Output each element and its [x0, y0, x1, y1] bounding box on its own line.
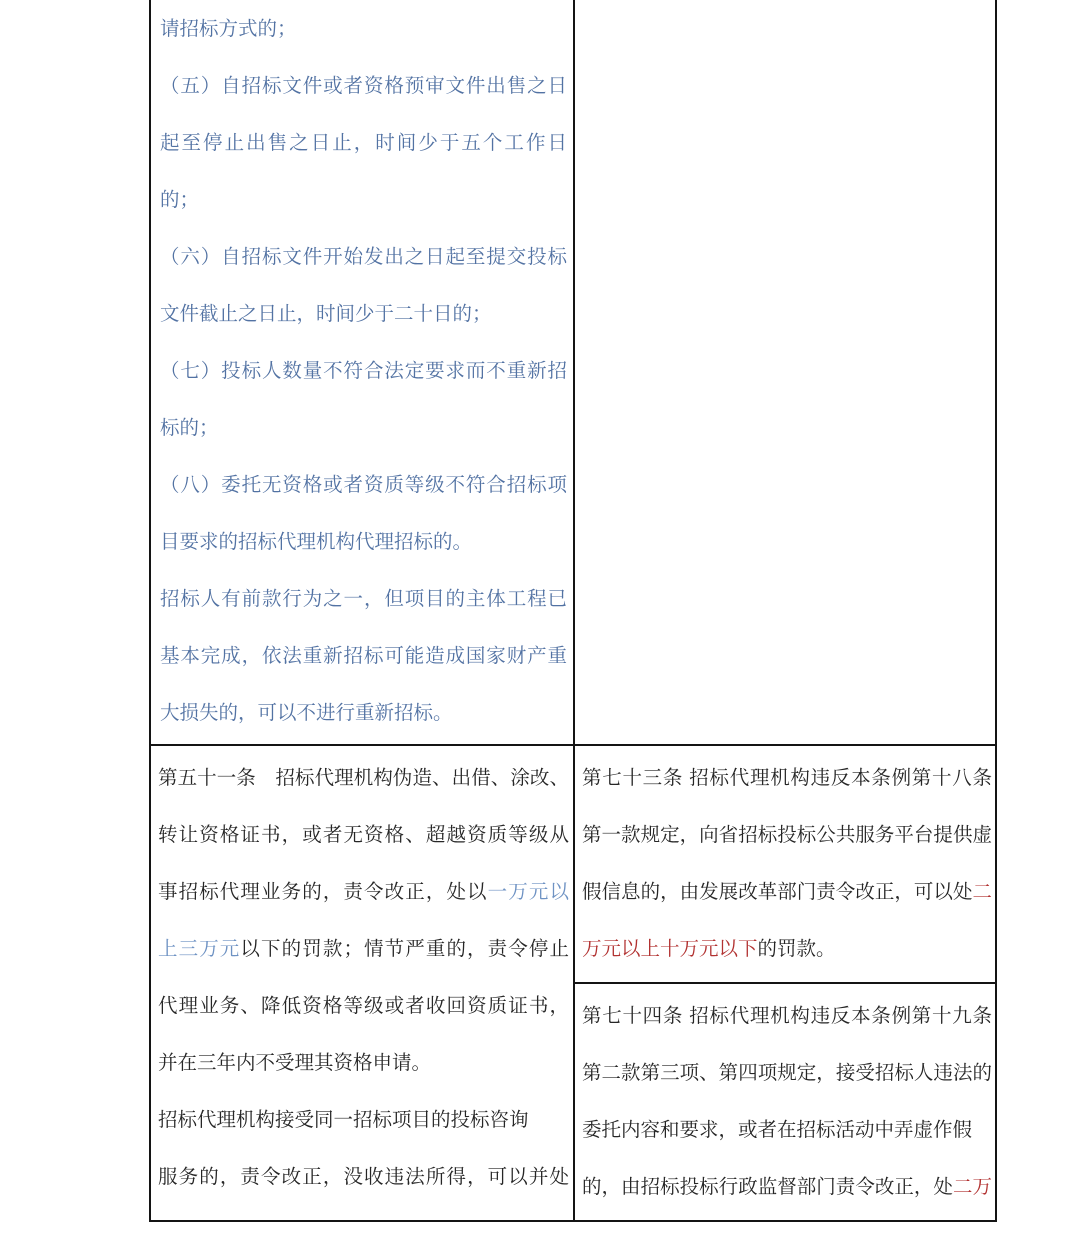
- text-line: 上三万元以下的罚款；情节严重的，责令停止: [158, 921, 569, 978]
- text-line: 基本完成，依法重新招标可能造成国家财产重: [160, 628, 567, 685]
- red-highlight: 二: [972, 881, 992, 903]
- text-line: 起至停止出售之日止，时间少于五个工作日: [160, 115, 567, 172]
- cell-clause-51: 第五十一条 招标代理机构伪造、出借、涂改、 转让资格证书，或者无资格、超越资质等…: [151, 744, 573, 1220]
- text-line: 目要求的招标代理机构代理招标的。: [160, 514, 567, 571]
- red-highlight: 二万: [953, 1176, 992, 1198]
- text-line: 第七十三条 招标代理机构违反本条例第十八条: [582, 750, 992, 807]
- text-line: 的，由招标投标行政监督部门责令改正，处二万: [582, 1159, 992, 1216]
- text-line: 万元以上十万元以下的罚款。: [582, 921, 992, 978]
- cell-empty: [575, 0, 995, 744]
- text-line: 第二款第三项、第四项规定，接受招标人违法的: [582, 1045, 992, 1102]
- text-line: 转让资格证书，或者无资格、超越资质等级从: [158, 807, 569, 864]
- text-line: 第五十一条 招标代理机构伪造、出借、涂改、: [158, 750, 569, 807]
- text-line: （七）投标人数量不符合法定要求而不重新招: [160, 343, 567, 400]
- text-segment: 第二款第三项、第四项规定，接受招标人违法的: [582, 1062, 992, 1084]
- text-segment: 的，由招标投标行政监督部门责令改正，处: [582, 1176, 953, 1198]
- text-line: 大损失的，可以不进行重新招标。: [160, 685, 567, 742]
- text-line: （八）委托无资格或者资质等级不符合招标项: [160, 457, 567, 514]
- text-segment: 服务的，责令改正，没收违法所得，可以并处: [158, 1166, 569, 1188]
- text-line: 的；: [160, 172, 567, 229]
- text-line: （五）自招标文件或者资格预审文件出售之日: [160, 58, 567, 115]
- text-segment: 第五十一条 招标代理机构伪造、出借、涂改、: [158, 767, 569, 789]
- regulation-table: 请招标方式的； （五）自招标文件或者资格预审文件出售之日 起至停止出售之日止，时…: [149, 0, 997, 1222]
- text-line: 委托内容和要求，或者在招标活动中弄虚作假: [582, 1102, 992, 1159]
- text-segment: 第一款规定，向省招标投标公共服务平台提供虚: [582, 824, 992, 846]
- text-segment: 事招标代理业务的，责令改正，处以: [158, 881, 488, 903]
- text-segment: 的罚款。: [758, 938, 836, 960]
- text-segment: 第七十三条 招标代理机构违反本条例第十八条: [582, 767, 992, 789]
- text-line: 招标人有前款行为之一，但项目的主体工程已: [160, 571, 567, 628]
- text-segment: 假信息的，由发展改革部门责令改正，可以处: [582, 881, 972, 903]
- table-column-left: 请招标方式的； （五）自招标文件或者资格预审文件出售之日 起至停止出售之日止，时…: [151, 0, 575, 1220]
- text-segment: 委托内容和要求，或者在招标活动中弄虚作假: [582, 1119, 972, 1141]
- text-line: （六）自招标文件开始发出之日起至提交投标: [160, 229, 567, 286]
- blue-highlight: 上三万元: [158, 938, 240, 960]
- text-line: 招标代理机构接受同一招标项目的投标咨询: [158, 1092, 569, 1149]
- text-line: 假信息的，由发展改革部门责令改正，可以处二: [582, 864, 992, 921]
- text-line: 事招标代理业务的，责令改正，处以一万元以: [158, 864, 569, 921]
- table-column-right: 第七十三条 招标代理机构违反本条例第十八条 第一款规定，向省招标投标公共服务平台…: [575, 0, 995, 1220]
- text-line: 代理业务、降低资格等级或者收回资质证书，: [158, 978, 569, 1035]
- text-segment: 招标代理机构接受同一招标项目的投标咨询: [158, 1109, 529, 1131]
- text-segment: 并在三年内不受理其资格申请。: [158, 1052, 431, 1074]
- red-highlight: 万元以上十万元以下: [582, 938, 758, 960]
- text-line: 第七十四条 招标代理机构违反本条例第十九条: [582, 988, 992, 1045]
- text-line: 标的；: [160, 400, 567, 457]
- text-line: 文件截止之日止，时间少于二十日的；: [160, 286, 567, 343]
- cell-continuation-items: 请招标方式的； （五）自招标文件或者资格预审文件出售之日 起至停止出售之日止，时…: [151, 0, 573, 744]
- text-line: 第一款规定，向省招标投标公共服务平台提供虚: [582, 807, 992, 864]
- text-segment: 第七十四条 招标代理机构违反本条例第十九条: [582, 1005, 992, 1027]
- cell-clause-73: 第七十三条 招标代理机构违反本条例第十八条 第一款规定，向省招标投标公共服务平台…: [575, 744, 995, 982]
- text-segment: 转让资格证书，或者无资格、超越资质等级从: [158, 824, 569, 846]
- text-line: 并在三年内不受理其资格申请。: [158, 1035, 569, 1092]
- text-line: 服务的，责令改正，没收违法所得，可以并处: [158, 1149, 569, 1206]
- text-line: 请招标方式的；: [160, 1, 567, 58]
- text-segment: 代理业务、降低资格等级或者收回资质证书，: [158, 995, 569, 1017]
- cell-clause-74: 第七十四条 招标代理机构违反本条例第十九条 第二款第三项、第四项规定，接受招标人…: [575, 982, 995, 1220]
- blue-highlight: 一万元以: [488, 881, 569, 903]
- text-segment: 以下的罚款；情节严重的，责令停止: [240, 938, 569, 960]
